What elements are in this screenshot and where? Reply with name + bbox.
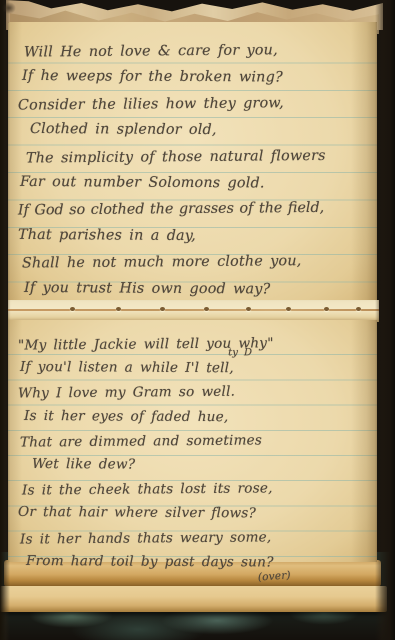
handwritten-line: Shall he not much more clothe you,: [22, 248, 371, 277]
handwritten-line: The simplicity of those natural flowers: [26, 142, 371, 171]
notebook-photo: Will He not love & care for you, If he w…: [0, 0, 395, 640]
bottom-page: "My little Jackie will tell you why" If …: [8, 320, 377, 562]
handwritten-line: Is it the cheek thats lost its rose,: [22, 476, 371, 503]
handwritten-line: If God so clothed the grasses of the fie…: [18, 195, 371, 224]
handwritten-line-text: If you'l listen a while I'l tell,: [20, 359, 234, 376]
stitch-hole: [160, 307, 165, 311]
handwritten-line: Wet like dew?: [32, 452, 371, 478]
handwritten-line: "My little Jackie will tell you why": [18, 330, 371, 357]
handwritten-line: Is it her eyes of faded hue,: [24, 404, 371, 430]
inserted-correction: ty D: [228, 348, 252, 358]
stitch-hole: [70, 307, 75, 311]
handwritten-line: Why I love my Gram so well.: [18, 379, 371, 406]
handwritten-line: Or that hair where silver flows?: [18, 500, 371, 526]
handwritten-line: Will He not love & care for you,: [24, 36, 371, 65]
stitch-hole: [324, 307, 329, 311]
handwritten-line: Is it her hands thats weary some,: [20, 524, 371, 551]
page-edge-stack: [0, 586, 387, 612]
over-note: (over): [257, 563, 291, 589]
handwritten-text-block: Will He not love & care for you, If he w…: [18, 38, 371, 302]
stitch-hole: [286, 307, 291, 311]
handwritten-line: From hard toil by past days sun? (over): [26, 549, 371, 575]
handwritten-line: If he weeps for the broken wing?: [22, 63, 371, 92]
top-page: Will He not love & care for you, If he w…: [8, 22, 377, 303]
cover-right-edge: [375, 0, 395, 640]
stitch-hole: [246, 307, 251, 311]
handwritten-line-text: From hard toil by past days sun?: [26, 553, 274, 571]
handwritten-line: That are dimmed and sometimes: [20, 427, 371, 454]
handwritten-text-block: "My little Jackie will tell you why" If …: [18, 332, 371, 574]
handwritten-line: Clothed in splendor old,: [30, 116, 371, 144]
handwritten-line: Consider the lilies how they grow,: [18, 89, 371, 118]
stitch-hole: [116, 307, 121, 311]
cover-left-edge: [0, 0, 10, 640]
binding-seam: [8, 300, 379, 322]
handwritten-line: Far out number Solomons gold.: [20, 169, 371, 198]
handwritten-line: If you'l listen a while I'l tell, ty D: [20, 355, 371, 381]
stitch-hole: [204, 307, 209, 311]
stitch-hole: [356, 307, 361, 311]
handwritten-line: That parishes in a day,: [18, 222, 371, 251]
handwritten-line: If you trust His own good way?: [24, 274, 371, 303]
